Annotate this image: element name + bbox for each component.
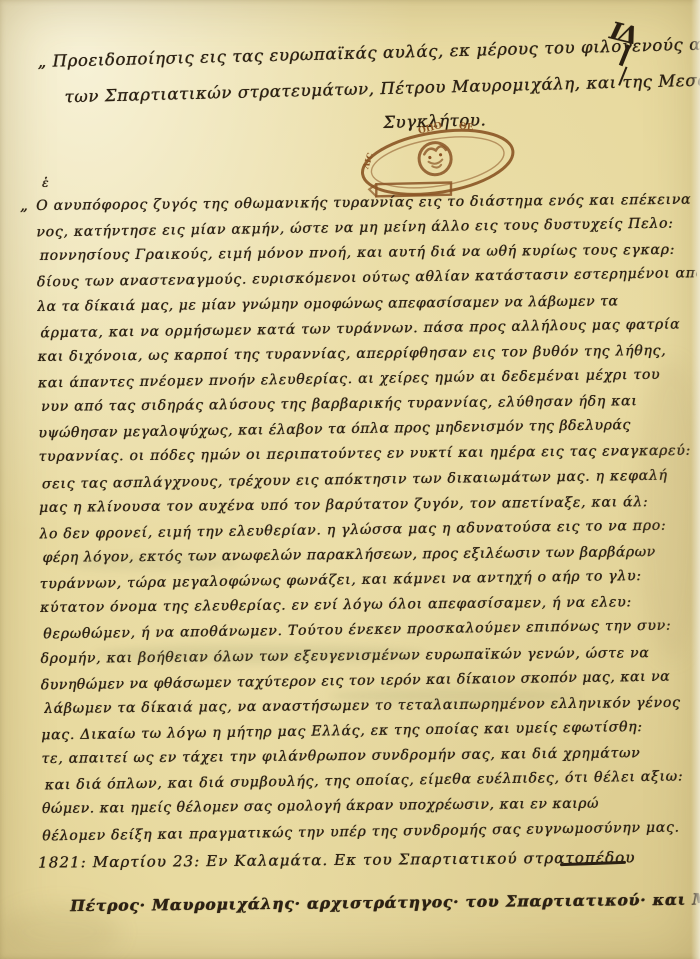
- heading-block: „ Προειδοποίησις εις τας ευρωπαϊκάς αυλά…: [0, 0, 698, 1]
- heading-line-1: „ Προειδοποίησις εις τας ευρωπαϊκάς αυλά…: [37, 31, 700, 71]
- signature-line: Πέτρος· Μαυρομιχάλης· αρχιστράτηγος· του…: [70, 890, 676, 915]
- seal-rim-letters-right: ΘΕ: [458, 122, 474, 133]
- heading-line-1-text: Προειδοποίησις εις τας ευρωπαϊκάς αυλάς,…: [52, 31, 700, 70]
- body-open-quote: „: [20, 196, 28, 214]
- manuscript-page: ΙΔ „ Προειδοποίησις εις τας ευρωπαϊκάς α…: [0, 0, 700, 959]
- date-line: 1821: Μαρτίου 23: Εν Καλαμάτα. Εκ του Σπ…: [38, 848, 636, 871]
- insertion-mark: ἑ: [42, 176, 48, 190]
- open-quote-mark: „: [37, 52, 47, 71]
- seal-rim-letters-left: ΛΙϹ: [360, 151, 375, 171]
- heading-line-2: των Σπαρτιατικών στρατευμάτων, Πέτρου Μα…: [64, 69, 700, 107]
- body-text-block: Ο ανυπόφορος ζυγός της οθωμανικής τυρανν…: [36, 188, 700, 848]
